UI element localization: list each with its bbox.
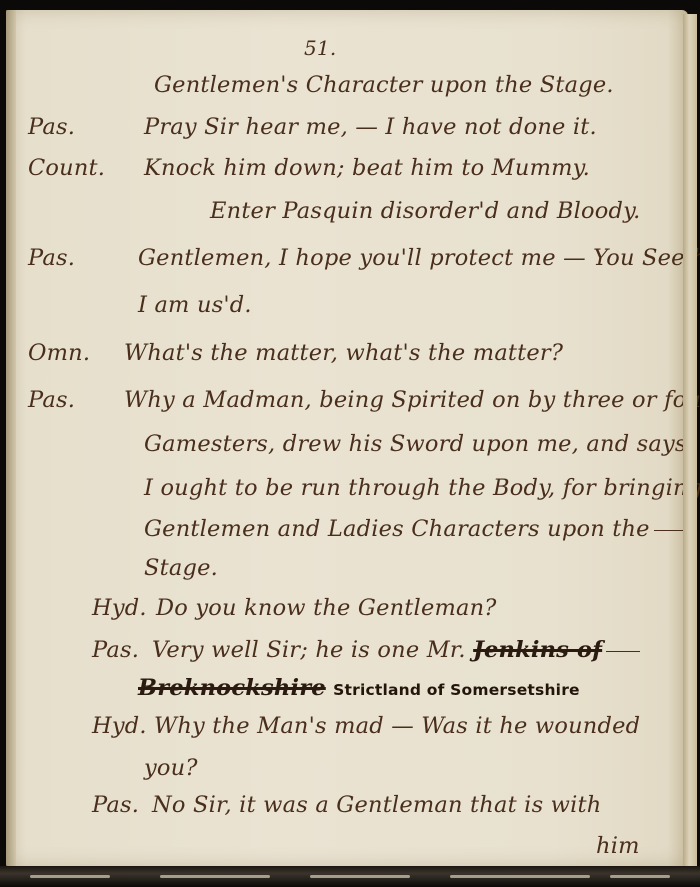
speaker-label: Pas. bbox=[28, 245, 75, 271]
speaker-label: Pas. bbox=[28, 387, 75, 413]
dialogue-text: Very well Sir; he is one Mr. bbox=[152, 637, 466, 663]
dialogue-text: Gentlemen and Ladies Characters upon the bbox=[144, 516, 650, 542]
dialogue-line: I ought to be run through the Body, for … bbox=[144, 475, 700, 501]
dialogue-line: Do you know the Gentleman? bbox=[156, 595, 497, 621]
struck-through-text: Breknockshire bbox=[138, 675, 326, 701]
line-filler-dash bbox=[606, 651, 640, 652]
speaker-label: Pas. bbox=[92, 637, 139, 663]
struck-through-text: Jenkins of bbox=[473, 637, 602, 663]
dialogue-line: Knock him down; beat him to Mummy. bbox=[144, 155, 590, 181]
dialogue-line: Gentlemen, I hope you'll protect me — Yo… bbox=[138, 245, 700, 271]
dialogue-line: you? bbox=[144, 755, 198, 781]
dialogue-line: No Sir, it was a Gentleman that is with bbox=[152, 792, 601, 818]
page-heading: Gentlemen's Character upon the Stage. bbox=[154, 72, 614, 98]
dialogue-line: Pray Sir hear me, — I have not done it. bbox=[144, 114, 597, 140]
manuscript-scan: 51. Gentlemen's Character upon the Stage… bbox=[0, 0, 700, 887]
catchword: him bbox=[596, 833, 640, 859]
dialogue-line: Stage. bbox=[144, 555, 218, 581]
speaker-label: Pas. bbox=[28, 114, 75, 140]
speaker-label: Omn. bbox=[28, 340, 90, 366]
inserted-correction: Strictland of Somersetshire bbox=[333, 681, 580, 699]
dialogue-line: Very well Sir; he is one Mr. Jenkins of bbox=[152, 637, 640, 663]
dialogue-line: What's the matter, what's the matter? bbox=[124, 340, 563, 366]
page-number: 51. bbox=[304, 36, 336, 60]
dialogue-line: Gentlemen and Ladies Characters upon the bbox=[144, 516, 688, 542]
correction-line: Breknockshire Strictland of Somersetshir… bbox=[138, 675, 580, 701]
dialogue-line: Why the Man's mad — Was it he wounded bbox=[154, 713, 640, 739]
book-bottom-edge bbox=[0, 866, 700, 887]
speaker-label: Count. bbox=[28, 155, 105, 181]
dialogue-line: I am us'd. bbox=[138, 292, 252, 318]
speaker-label: Hyd. bbox=[92, 595, 147, 621]
speaker-label: Hyd. bbox=[92, 713, 147, 739]
stage-direction: Enter Pasquin disorder'd and Bloody. bbox=[210, 198, 640, 224]
speaker-label: Pas. bbox=[92, 792, 139, 818]
binding-spine bbox=[683, 14, 697, 866]
dialogue-line: Gamesters, drew his Sword upon me, and s… bbox=[144, 431, 687, 457]
manuscript-page: 51. Gentlemen's Character upon the Stage… bbox=[6, 10, 688, 866]
dialogue-text: Why a Madman, being Spirited on by three… bbox=[124, 387, 700, 413]
dialogue-line: Why a Madman, being Spirited on by three… bbox=[124, 387, 700, 413]
